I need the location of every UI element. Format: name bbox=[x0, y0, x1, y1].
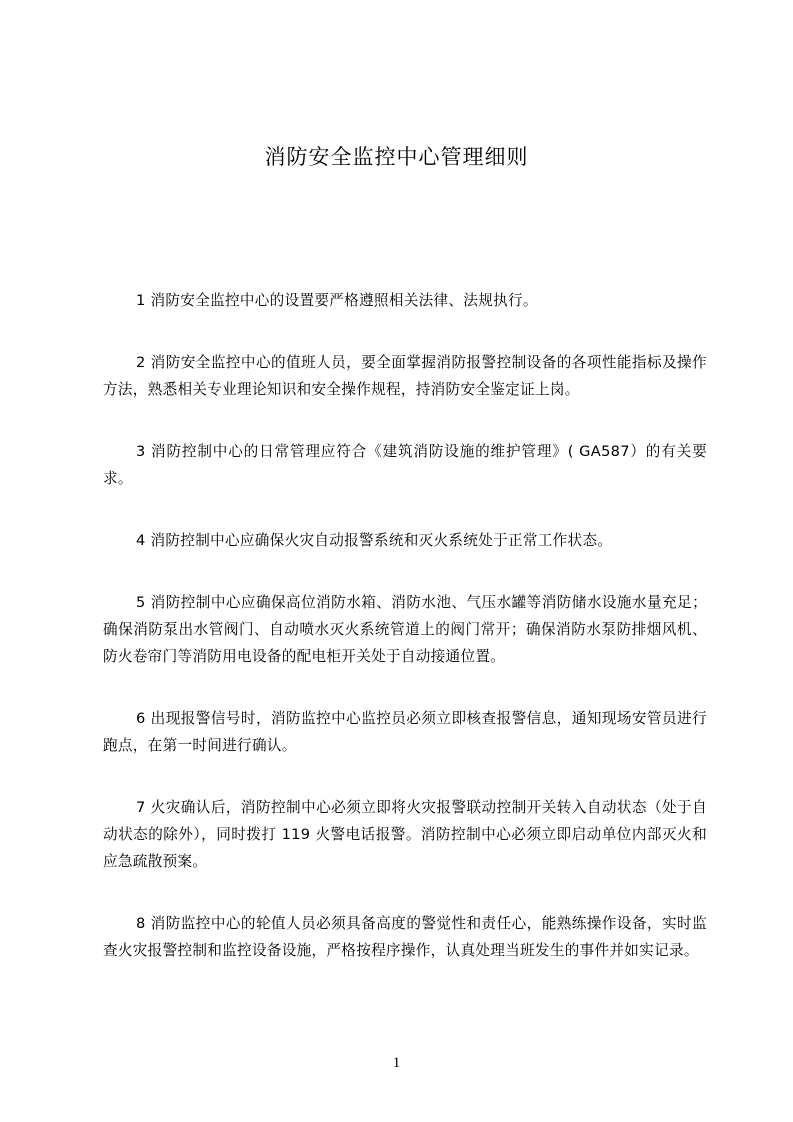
paragraph-5: 5 消防控制中心应确保高位消防水箱、消防水池、气压水罐等消防储水设施水量充足；确… bbox=[103, 589, 707, 670]
document-title: 消防安全监控中心管理细则 bbox=[0, 142, 793, 172]
paragraph-4: 4 消防控制中心应确保火灾自动报警系统和灭火系统处于正常工作状态。 bbox=[103, 527, 707, 554]
paragraph-1: 1 消防安全监控中心的设置要严格遵照相关法律、法规执行。 bbox=[103, 287, 707, 314]
page-number: 1 bbox=[0, 1055, 793, 1072]
paragraph-7: 7 火灾确认后，消防控制中心必须立即将火灾报警联动控制开关转入自动状态（处于自动… bbox=[103, 794, 707, 875]
paragraph-8: 8 消防监控中心的轮值人员必须具备高度的警觉性和责任心，能熟练操作设备，实时监查… bbox=[103, 910, 707, 964]
paragraph-3: 3 消防控制中心的日常管理应符合《建筑消防设施的维护管理》( GA587）的有关… bbox=[103, 438, 707, 492]
document-body: 1 消防安全监控中心的设置要严格遵照相关法律、法规执行。 2 消防安全监控中心的… bbox=[103, 287, 707, 999]
paragraph-6: 6 出现报警信号时，消防监控中心监控员必须立即核查报警信息，通知现场安管员进行跑… bbox=[103, 705, 707, 759]
document-page: 消防安全监控中心管理细则 1 消防安全监控中心的设置要严格遵照相关法律、法规执行… bbox=[0, 0, 793, 1122]
paragraph-2: 2 消防安全监控中心的值班人员，要全面掌握消防报警控制设备的各项性能指标及操作方… bbox=[103, 349, 707, 403]
